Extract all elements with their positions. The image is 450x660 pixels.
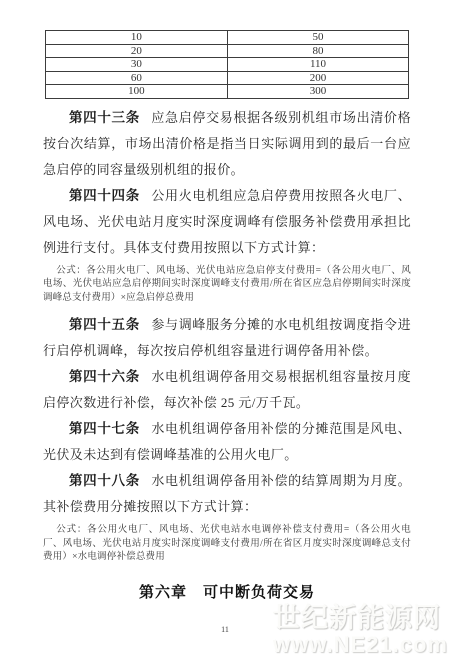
table-row: 20 80 — [46, 44, 409, 58]
table-cell: 300 — [227, 85, 409, 99]
table-row: 10 50 — [46, 31, 409, 45]
table-cell: 110 — [227, 58, 409, 72]
capacity-price-table: 10 50 20 80 30 110 60 200 100 300 — [45, 30, 409, 99]
table-row: 100 300 — [46, 85, 409, 99]
article-47: 第四十七条水电机组调停备用补偿的分摊范围是风电、光伏及未达到有偿调峰基准的公用火… — [43, 416, 411, 468]
chapter-title: 第六章 可中断负荷交易 — [43, 581, 411, 602]
page-content: 10 50 20 80 30 110 60 200 100 300 — [43, 30, 411, 602]
article-46-label: 第四十六条 — [69, 369, 140, 384]
table-cell: 200 — [227, 71, 409, 85]
article-43: 第四十三条应急启停交易根据各级别机组市场出清价格按台次结算，市场出清价格是指当日… — [43, 105, 411, 183]
formula-emergency-startstop: 公式：各公用火电厂、风电场、光伏电站应急启停支付费用=（各公用火电厂、风电场、光… — [43, 265, 411, 306]
table-cell: 80 — [227, 44, 409, 58]
table-cell: 20 — [46, 44, 228, 58]
table-cell: 50 — [227, 31, 409, 45]
article-47-label: 第四十七条 — [69, 421, 140, 436]
table-cell: 100 — [46, 85, 228, 99]
article-45-label: 第四十五条 — [69, 317, 140, 332]
article-44: 第四十四条公用火电机组应急启停费用按照各火电厂、风电场、光伏电站月度实时深度调峰… — [43, 183, 411, 261]
article-46: 第四十六条水电机组调停备用交易根据机组容量按月度启停次数进行补偿，每次补偿 25… — [43, 364, 411, 416]
page-number: 11 — [0, 625, 450, 634]
table-row: 60 200 — [46, 71, 409, 85]
table-row: 30 110 — [46, 58, 409, 72]
article-48: 第四十八条水电机组调停备用补偿的结算周期为月度。其补偿费用分摊按照以下方式计算： — [43, 468, 411, 520]
table-cell: 10 — [46, 31, 228, 45]
article-44-label: 第四十四条 — [69, 188, 140, 203]
document-page: 10 50 20 80 30 110 60 200 100 300 — [0, 0, 450, 660]
article-43-label: 第四十三条 — [69, 110, 140, 125]
article-45: 第四十五条参与调峰服务分摊的水电机组按调度指令进行启停机调峰，每次按启停机组容量… — [43, 312, 411, 364]
formula-hydro-standby: 公式：各公用火电厂、风电场、光伏电站水电调停补偿支付费用=（各公用火电厂、风电场… — [43, 524, 411, 565]
table-cell: 30 — [46, 58, 228, 72]
article-48-label: 第四十八条 — [69, 473, 140, 488]
table-cell: 60 — [46, 71, 228, 85]
watermark-site-url: www.NE21.com — [273, 634, 448, 656]
